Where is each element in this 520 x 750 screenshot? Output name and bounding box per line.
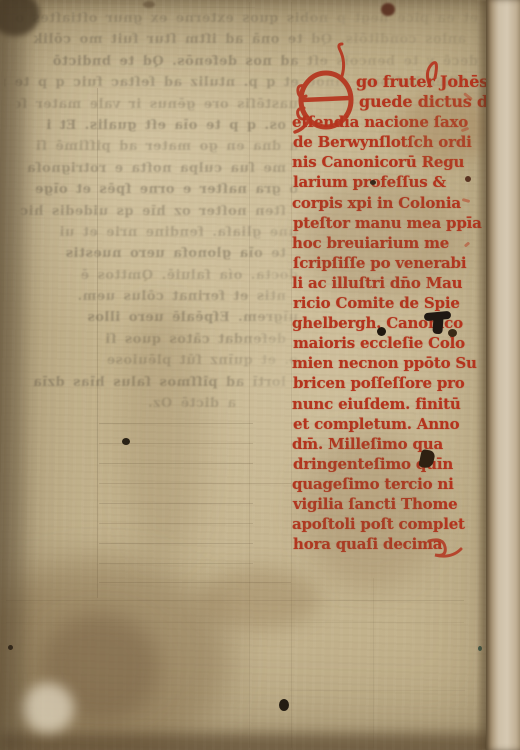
stain bbox=[0, 733, 520, 750]
ruling-horizontal-line bbox=[99, 463, 253, 464]
bleedthrough-line: ſten noſter oz hīe qs uidedis hic bbox=[4, 201, 286, 222]
ruling-horizontal-line bbox=[99, 483, 291, 484]
ruling-horizontal-line bbox=[99, 582, 291, 583]
ruling-horizontal-line bbox=[99, 523, 253, 524]
colophon-line: nis Canonicorū Regu bbox=[292, 152, 504, 172]
ruling-vertical-line bbox=[373, 578, 374, 748]
bleedthrough-line: ntis et ferinat cōlus uem. bbox=[4, 286, 286, 307]
colophon-line: ricio Comite de Spie bbox=[293, 293, 504, 313]
colophon-line: nunc eiuſdem. finitū bbox=[292, 394, 504, 414]
colophon-line: hora quaſi decima bbox=[293, 534, 504, 554]
colophon-line: corpis xpi in Colonia bbox=[292, 193, 504, 213]
bleedthrough-line: uīgrem. Eſpēalē uero illos bbox=[16, 307, 298, 328]
ruling-horizontal-line bbox=[99, 563, 253, 564]
stain bbox=[0, 558, 232, 750]
ruling-horizontal-line bbox=[290, 690, 465, 691]
colophon-line: ghelbergh. Canonico bbox=[292, 313, 504, 333]
colophon-line: larium profeſſus & bbox=[293, 172, 504, 192]
stain bbox=[143, 1, 155, 8]
bleedthrough-line: a dna en go mater ad piſſimē ſi bbox=[16, 136, 298, 157]
colophon-line: hoc breuiarium me bbox=[292, 233, 504, 253]
underlying-page-edge bbox=[486, 0, 520, 750]
manuscript-page: et ea pice negt p nobis quos externe ex … bbox=[0, 0, 520, 750]
ink-spot bbox=[8, 645, 13, 650]
ruling-horizontal-line bbox=[99, 543, 253, 544]
bleedthrough-line: o gra naſter e orne ſpēs et oīge bbox=[16, 179, 298, 200]
colophon-line: quageſimo tercio ni bbox=[292, 474, 504, 494]
stain bbox=[200, 568, 320, 630]
colophon-line: et completum. Anno bbox=[293, 414, 504, 434]
colophon-line: mien necnon ppōto Su bbox=[292, 353, 504, 373]
colophon-line: eſſendia nacione ſaxo bbox=[292, 112, 504, 132]
colophon-line: vigilia ſancti Thome bbox=[293, 494, 504, 514]
ruling-horizontal-line bbox=[99, 423, 253, 424]
bleedthrough-line: anlos conditōis. Qd te onā ad iſtm ſtur … bbox=[4, 29, 466, 50]
colophon-line: de Berwynſlotſch ordi bbox=[293, 132, 504, 152]
ruling-horizontal-line bbox=[99, 443, 253, 444]
ink-blot bbox=[279, 699, 289, 711]
bleedthrough-line: a dictē Oz. bbox=[76, 393, 236, 414]
colophon-line: ſcripſiſſe po venerabi bbox=[293, 253, 504, 273]
colophon-line: go fruter Johēs bbox=[292, 72, 504, 92]
bleedthrough-line: uastēſis ore gēnus ir vale mater ſo bbox=[16, 94, 298, 115]
bleedthrough-line: docta. oía ſaluiē. Qmttos ē bbox=[16, 265, 298, 286]
stain bbox=[40, 612, 160, 724]
colophon-line: guede dictus de bbox=[293, 92, 504, 112]
ruling-horizontal-line bbox=[6, 622, 464, 623]
bleedthrough-line: o. et quīnz ſūt plēuiose bbox=[16, 350, 298, 371]
colophon-line: li ac illuſtri dn̄o Mau bbox=[292, 273, 504, 293]
colophon-line: dm̄. Milleſimo qua bbox=[292, 434, 504, 454]
colophon-text-block: go fruter Johēs guede dictus de eſſendia… bbox=[292, 72, 504, 554]
bleedthrough-line: os. q p te oīa eſt gualis. Et i bbox=[4, 115, 286, 136]
ruling-horizontal-line bbox=[99, 503, 253, 504]
bleedthrough-line: decē y te bencois eſt ad nos defenōs. Qd… bbox=[16, 51, 478, 72]
bleedthrough-line: defendat cātos quos ſi bbox=[4, 329, 286, 350]
bleedthrough-line: te oīa glonoſa uero nuestis bbox=[4, 243, 286, 264]
colophon-line: dringenteſimo quīn bbox=[293, 454, 504, 474]
colophon-line: maioris eccleſie Colo bbox=[293, 333, 504, 353]
ink-spot bbox=[122, 438, 130, 445]
bleedthrough-line: lortī ad pīſſmos ſalus hīas dzīa bbox=[4, 372, 286, 393]
bleedthrough-line: une gliaſa. fendine nrie et ui bbox=[16, 222, 298, 243]
colophon-line: apoſtoli poſt complet bbox=[292, 514, 504, 534]
bleedthrough-line: et ea pice negt p nobis quos externe ex … bbox=[16, 8, 478, 29]
ruling-horizontal-line bbox=[6, 600, 464, 601]
light-patch bbox=[22, 683, 74, 733]
line-end-flourish-icon bbox=[425, 535, 465, 559]
colophon-line: bricen poſſeſſore pro bbox=[293, 373, 504, 393]
colophon-line: pteſtor manu mea ppīa bbox=[293, 213, 504, 233]
bleedthrough-line: me ſua culpa noſta e rotrignoſa bbox=[4, 158, 286, 179]
